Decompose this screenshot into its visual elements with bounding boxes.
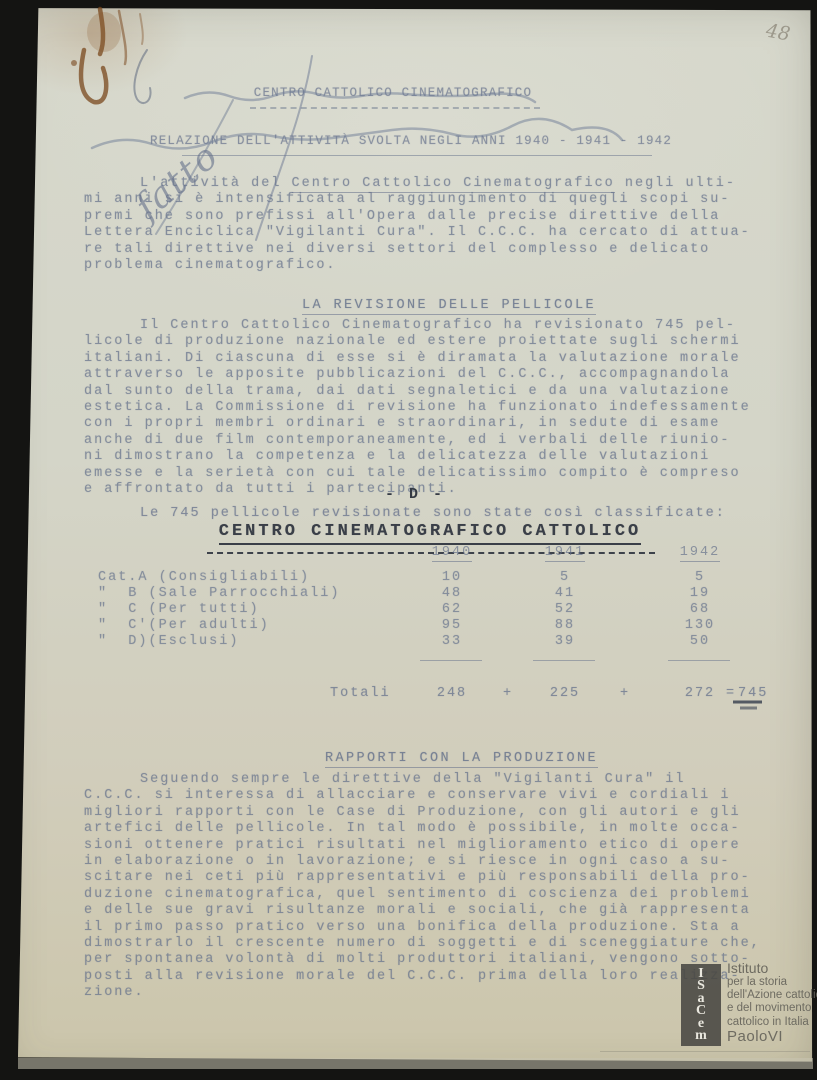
underlined-phrase: Centro Cattolico Cinematografico bbox=[292, 176, 615, 193]
typed-line: artefici delle pellicole. In tal modo è … bbox=[84, 821, 764, 837]
table-rule bbox=[668, 660, 730, 661]
rapporti-paragraph: Seguendo sempre le direttive della "Vigi… bbox=[84, 772, 764, 1001]
typed-line: con i propri membri ordinari e straordin… bbox=[84, 416, 754, 432]
typed-line: dimostrarlo il crescente numero di sogge… bbox=[84, 936, 764, 952]
typed-line: zione. bbox=[84, 985, 764, 1001]
grand-total: 745 bbox=[738, 686, 768, 701]
struck-title-1: CENTRO CATTOLICO CINEMATOGRAFICO bbox=[243, 86, 543, 100]
typed-line: scitare nei ceti più rappresentativi e p… bbox=[84, 870, 764, 886]
typed-line: attraverso le apposite pubblicazioni del… bbox=[84, 367, 754, 383]
totals-row: Totali 248 + 225 + 272 = 745 bbox=[98, 686, 798, 702]
table-row: " B (Sale Parrocchiali) 48 41 19 bbox=[98, 586, 798, 602]
typed-line: duzione cinematografica, quel sentimento… bbox=[84, 887, 764, 903]
typed-line: ni dimostrano la competenza e la delicat… bbox=[84, 449, 754, 465]
typed-line: per spontanea volontà di molti produttor… bbox=[84, 952, 764, 968]
isacem-logo-icon: I S a C e m bbox=[681, 964, 721, 1046]
plus-sign: + bbox=[620, 686, 630, 701]
table-rule bbox=[420, 660, 482, 661]
typed-line: Lettera Enciclica "Vigilanti Cura". Il C… bbox=[84, 225, 744, 241]
table-row: " C'(Per adulti) 95 88 130 bbox=[98, 618, 798, 634]
year-header-1941: 1941 bbox=[530, 545, 600, 560]
typed-line: dal sunto della trama, dai dati segnalet… bbox=[84, 384, 754, 400]
revisione-paragraph: Il Centro Cattolico Cinematografico ha r… bbox=[84, 318, 754, 498]
typed-line: emesse e la serietà con cui tale delicat… bbox=[84, 466, 754, 482]
total-1942: 272 bbox=[668, 686, 732, 701]
typed-line: migliori rapporti con le Case di Produzi… bbox=[84, 805, 764, 821]
typed-line: Seguendo sempre le direttive della "Vigi… bbox=[84, 772, 764, 788]
typed-line: estetica. La Commissione di revisione ha… bbox=[84, 400, 754, 416]
table-row: Cat.A (Consigliabili) 10 5 5 bbox=[98, 570, 798, 586]
typed-line: Il Centro Cattolico Cinematografico ha r… bbox=[84, 318, 754, 334]
struck-title-2: RELAZIONE DELL'ATTIVITÀ SVOLTA NEGLI ANN… bbox=[150, 134, 662, 148]
typed-line: problema cinematografico. bbox=[84, 258, 744, 274]
watermark-baseline bbox=[600, 1051, 810, 1052]
typed-line: e delle sue gravi risultanze morali e so… bbox=[84, 903, 764, 919]
stamp-d-label: - D - bbox=[350, 486, 480, 503]
scanned-document-page: CENTRO CATTOLICO CINEMATOGRAFICO RELAZIO… bbox=[0, 0, 817, 1080]
table-rule bbox=[533, 660, 595, 661]
typed-line: in elaborazione o in lavorazione; e si r… bbox=[84, 854, 764, 870]
totals-label: Totali bbox=[330, 686, 391, 701]
typed-line: licole di produzione nazionale ed estere… bbox=[84, 334, 754, 350]
typed-line: sioni ottenere pratici risultati nel mig… bbox=[84, 838, 764, 854]
underlying-sheet-edge bbox=[18, 1058, 813, 1069]
typed-line: L'attività del Centro Cattolico Cinemato… bbox=[84, 176, 744, 192]
typed-line: anche di due film contemporaneamente, ed… bbox=[84, 433, 754, 449]
year-header-1940: 1940 bbox=[417, 545, 487, 560]
typed-line: premi che sono prefissi all'Opera dalle … bbox=[84, 209, 744, 225]
title-2-underline bbox=[182, 155, 652, 156]
watermark-text: Istituto per la storia dell'Azione catto… bbox=[727, 961, 817, 1045]
typed-line: italiani. Di ciascuna di esse si è diram… bbox=[84, 351, 754, 367]
year-header-1942: 1942 bbox=[665, 545, 735, 560]
classification-intro-line: Le 745 pellicole revisionate sono state … bbox=[84, 506, 726, 521]
table-row: " C (Per tutti) 62 52 68 bbox=[98, 602, 798, 618]
table-row: " D)(Esclusi) 33 39 50 bbox=[98, 634, 798, 650]
stamp-title: CENTRO CINEMATOGRAFICO CATTOLICO bbox=[205, 522, 655, 541]
typed-line: mi anni si è intensificata al raggiungim… bbox=[84, 192, 744, 208]
total-1941: 225 bbox=[533, 686, 597, 701]
equals-sign: = bbox=[726, 686, 736, 701]
total-1940: 248 bbox=[420, 686, 484, 701]
title-1-dashed-underline bbox=[250, 107, 540, 109]
typed-line: il primo passo pratico verso una bonific… bbox=[84, 920, 764, 936]
typed-line: posti alla revisione morale del C.C.C. p… bbox=[84, 969, 764, 985]
intro-paragraph: L'attività del Centro Cattolico Cinemato… bbox=[84, 176, 744, 274]
typed-line: re tali direttive nei diversi settori de… bbox=[84, 242, 744, 258]
typed-line: C.C.C. si interessa di allacciare e cons… bbox=[84, 788, 764, 804]
plus-sign: + bbox=[503, 686, 513, 701]
